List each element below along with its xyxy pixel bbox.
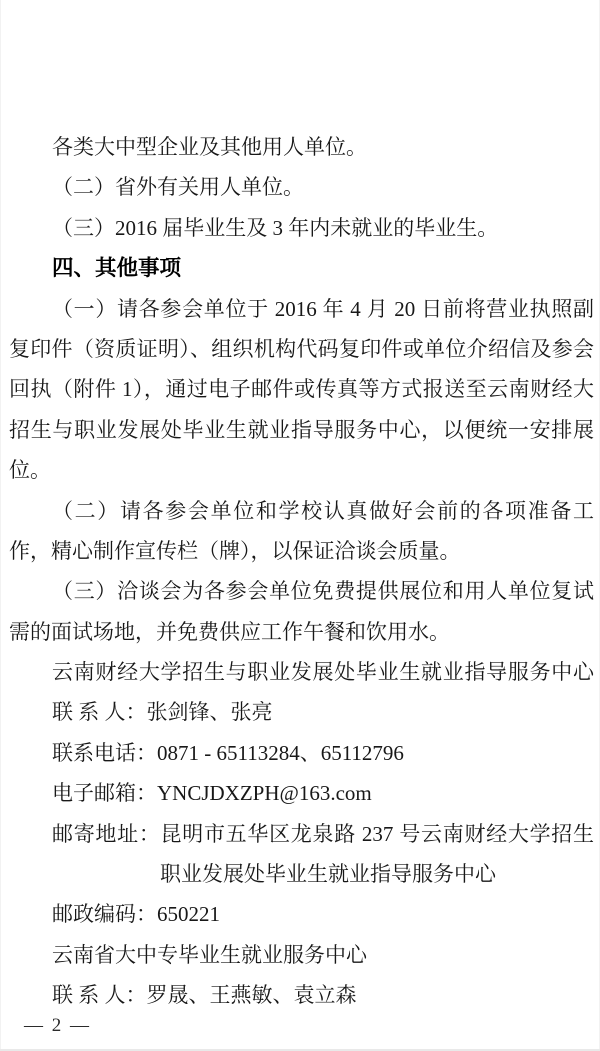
mailing-address-line: 邮寄地址：昆明市五华区龙泉路 237 号云南财经大学招生与	[9, 814, 594, 854]
text-line-6: 回执（附件 1），通过电子邮件或传真等方式报送至云南财经大学	[9, 369, 594, 409]
text-line-4: （一）请各参会单位于 2016 年 4 月 20 日前将营业执照副本	[9, 289, 594, 329]
text-line-8: 位。	[9, 450, 594, 490]
text-line-2: （三）2016 届毕业生及 3 年内未就业的毕业生。	[9, 208, 594, 248]
text-line-1: （二）省外有关用人单位。	[9, 167, 594, 207]
text-line-12: 需的面试场地，并免费供应工作午餐和饮用水。	[9, 612, 594, 652]
text-line-13: 云南财经大学招生与职业发展处毕业生就业指导服务中心	[9, 652, 594, 692]
page-number: — 2 —	[24, 1012, 91, 1040]
org-name-line: 云南省大中专毕业生就业服务中心	[9, 935, 594, 975]
text-line-10: 作，精心制作宣传栏（牌），以保证洽谈会质量。	[9, 531, 594, 571]
text-line-0: 各类大中型企业及其他用人单位。	[9, 127, 594, 167]
section-heading: 四、其他事项	[9, 248, 594, 288]
text-line-11: （三）洽谈会为各参会单位免费提供展位和用人单位复试所	[9, 571, 594, 611]
document-page: 各类大中型企业及其他用人单位。 （二）省外有关用人单位。 （三）2016 届毕业…	[0, 0, 600, 1051]
contact-person-line-2: 联 系 人：罗晟、王燕敏、袁立森	[9, 975, 594, 1015]
contact-email-line: 电子邮箱：YNCJDXZPH@163.com	[9, 773, 594, 813]
text-line-7: 招生与职业发展处毕业生就业指导服务中心，以便统一安排展	[9, 410, 594, 450]
text-line-9: （二）请各参会单位和学校认真做好会前的各项准备工	[9, 491, 594, 531]
contact-phone-line: 联系电话：0871 - 65113284、65112796	[9, 733, 594, 773]
text-line-5: 复印件（资质证明）、组织机构代码复印件或单位介绍信及参会	[9, 329, 594, 369]
postal-code-line: 邮政编码：650221	[9, 894, 594, 934]
contact-person-line: 联 系 人：张剑锋、张亮	[9, 692, 594, 732]
mailing-address-continuation: 职业发展处毕业生就业指导服务中心	[9, 854, 594, 894]
document-body: 各类大中型企业及其他用人单位。 （二）省外有关用人单位。 （三）2016 届毕业…	[0, 0, 600, 1016]
